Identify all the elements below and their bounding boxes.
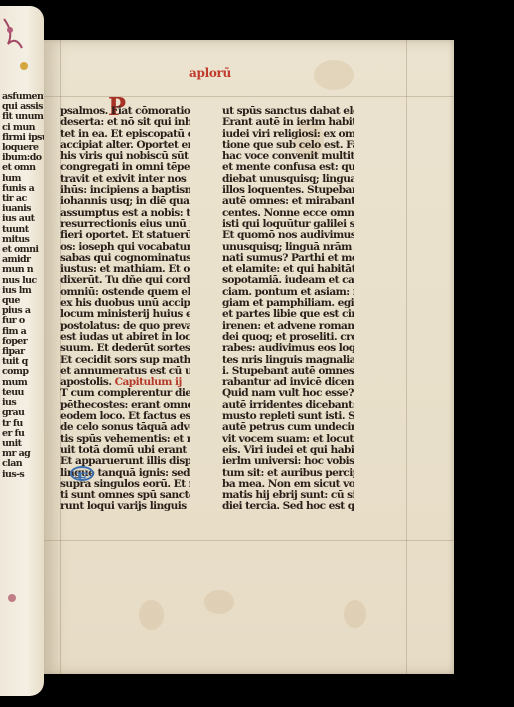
text-column-b: ut spūs sanctus dabat eloqui illis.Erant… xyxy=(222,106,354,513)
text-line: ciam. pontum et asiam: fri xyxy=(222,287,354,298)
text-line: i. Stupebant autē omnes: et mi xyxy=(222,366,354,377)
text-line: et partes libie que est circa c xyxy=(222,309,354,320)
text-line: iohannis usq; in diē qua xyxy=(60,196,190,207)
stain xyxy=(8,594,16,602)
text-line: ti sunt omnes spū sancto: et cepe xyxy=(60,490,190,501)
text-line: ex his duobus unū accipere xyxy=(60,298,190,309)
text-line: ba mea. Non em sicut vos esti xyxy=(222,479,354,490)
text-line: uit totā domū ubi erant sedētes. xyxy=(60,445,190,456)
text-line: de celo sonus tāquā advenien xyxy=(60,422,190,433)
text-line: tuit q xyxy=(2,357,44,367)
text-line: Erant autē in ierlm habitātes xyxy=(222,117,354,128)
text-line: grau xyxy=(2,408,44,418)
text-line: tione que sub celo est. Facta aūt xyxy=(222,140,354,151)
left-page-edge: asfumentisqui assisfit unumci munfirmi i… xyxy=(0,6,44,696)
text-line: fur o xyxy=(2,316,44,326)
text-line: tum sit: et auribus percipite ver xyxy=(222,468,354,479)
text-line: travit et exivit inter nos dns xyxy=(60,174,190,185)
text-line: tir ac xyxy=(2,194,44,204)
text-line: tr fu xyxy=(2,419,44,429)
text-line: loquere xyxy=(2,143,44,153)
text-line: mun n xyxy=(2,265,44,275)
text-line: est iudas ut abiret in locum xyxy=(60,332,190,343)
text-line: nus luc xyxy=(2,276,44,286)
text-line: giam et pamphiliam. egiptū xyxy=(222,298,354,309)
text-line: mr ag xyxy=(2,449,44,459)
text-line: autē petrus cum undecim leva xyxy=(222,422,354,433)
text-line: ius-s xyxy=(2,470,44,480)
text-line: fit unum xyxy=(2,112,44,122)
text-line: vit vocem suam: et locutus ē xyxy=(222,434,354,445)
text-line: tet in ea. Et episcopatū eius xyxy=(60,129,190,140)
text-line: fim a xyxy=(2,327,44,337)
text-line: unusquisq; linguā nrām in q xyxy=(222,242,354,253)
text-line: Et quomō nos audivimus xyxy=(222,230,354,241)
text-line: et omn xyxy=(2,163,44,173)
text-line: et omni xyxy=(2,245,44,255)
text-line: postolatus: de quo prevaricatus xyxy=(60,321,190,332)
text-line: centes. Nonne ecce omnes xyxy=(222,208,354,219)
text-line: ius lm xyxy=(2,286,44,296)
text-line: iustus: et mathiam. Et orātes xyxy=(60,264,190,275)
text-line: ihūs: incipiens a baptismo xyxy=(60,185,190,196)
text-line: resurrectionis eius unū nobiscū xyxy=(60,219,190,230)
text-line: Quid nam vult hoc esse? Alij xyxy=(222,388,354,399)
text-line: os: ioseph qui vocabatur bar xyxy=(60,242,190,253)
text-line: teuu xyxy=(2,388,44,398)
manuscript-page: aplorū P psalmos. Fiat cōmoratio eodeser… xyxy=(44,40,454,674)
text-line: accipiat alter. Oportet ergo e xyxy=(60,140,190,151)
text-line: funis a xyxy=(2,184,44,194)
text-line: sopotamiā. iudeam et capado xyxy=(222,275,354,286)
text-line: hac voce convenit multitudo: xyxy=(222,151,354,162)
text-line: ci mun xyxy=(2,123,44,133)
text-line: iudei viri religiosi: ex omni na xyxy=(222,129,354,140)
text-line: amidr xyxy=(2,255,44,265)
text-line: diei tercia. Sed hoc est quod xyxy=(222,501,354,512)
text-line: nati sumus? Parthi et medi xyxy=(222,253,354,264)
text-line: firmi ipsu xyxy=(2,133,44,143)
text-line: qui assis xyxy=(2,102,44,112)
text-line: ius aut xyxy=(2,214,44,224)
text-line: isti qui loquūtur galilei sūt? xyxy=(222,219,354,230)
text-line: pēthecostes: erant omnes pariter in xyxy=(60,400,190,411)
text-line: fipar xyxy=(2,347,44,357)
text-line: Et cecidit sors sup mathiam: xyxy=(60,355,190,366)
text-line: omniū: ostende quem elegeris xyxy=(60,287,190,298)
text-line: assumptus est a nobis: testē xyxy=(60,208,190,219)
text-line: congregati in omni tēpe quo in xyxy=(60,162,190,173)
text-line: eis. Viri iudei et qui habitatis xyxy=(222,445,354,456)
text-line: ierlm universi: hoc vobis no xyxy=(222,456,354,467)
text-line: ius xyxy=(2,398,44,408)
text-line: tes nris linguis magnalia de xyxy=(222,355,354,366)
text-line: et elamite: et qui habitāt me xyxy=(222,264,354,275)
text-line: clan xyxy=(2,459,44,469)
text-line: et mente confusa est: quoniā au xyxy=(222,162,354,173)
text-line: dei quoq; et proseliti. cretes et a xyxy=(222,332,354,343)
text-line: rabes: audivimus eos loquē xyxy=(222,343,354,354)
text-line: illos loquentes. Stupebant xyxy=(222,185,354,196)
text-line: que xyxy=(2,296,44,306)
text-line: et annumeratus est cū undecim xyxy=(60,366,190,377)
text-line: eodem loco. Et factus est repente xyxy=(60,411,190,422)
text-line: unit xyxy=(2,439,44,449)
text-line: psalmos. Fiat cōmoratio eo xyxy=(60,106,190,117)
text-line: autē omnes: et mirabantur di xyxy=(222,196,354,207)
text-line: tis spūs vehementis: et reple xyxy=(60,434,190,445)
text-line: T cum complerentur dies xyxy=(60,388,190,399)
text-line: ibum:do xyxy=(2,153,44,163)
text-line: autē irridentes dicebant: quia xyxy=(222,400,354,411)
text-line: iuanis xyxy=(2,204,44,214)
text-line: mum xyxy=(2,378,44,388)
text-line: musto repleti sunt isti. Stans xyxy=(222,411,354,422)
text-line: lum xyxy=(2,174,44,184)
text-line: irenen: et advene romani. iu xyxy=(222,321,354,332)
text-line: matis hij ebrij sunt: cū sit hora xyxy=(222,490,354,501)
text-line: fieri oportet. Et statuerūt du xyxy=(60,230,190,241)
text-line: comp xyxy=(2,367,44,377)
text-line: runt loqui varijs linguis p xyxy=(60,501,190,512)
text-line: tuunt xyxy=(2,225,44,235)
text-line: rabantur ad invicē dicentes. xyxy=(222,377,354,388)
text-line: suum. Et dederūt sortes eis. xyxy=(60,343,190,354)
text-line: deserta: et nō sit qui inhabi xyxy=(60,117,190,128)
text-line: foper xyxy=(2,337,44,347)
text-line: er fu xyxy=(2,429,44,439)
left-page-text: asfumentisqui assisfit unumci munfirmi i… xyxy=(2,92,44,480)
text-line: ut spūs sanctus dabat eloqui illis. xyxy=(222,106,354,117)
running-header: aplorū xyxy=(189,66,231,80)
text-line: mitus xyxy=(2,235,44,245)
text-line: diebat unusquisq; lingua sua xyxy=(222,174,354,185)
text-line: dixerūt. Tu dñe qui corda nosti xyxy=(60,275,190,286)
text-line: sabas qui cognominatus est xyxy=(60,253,190,264)
text-line: asfumentis xyxy=(2,92,44,102)
text-line: pius a xyxy=(2,306,44,316)
text-line: apostolis. Capitulum ij xyxy=(60,377,190,388)
floral-decoration-icon xyxy=(2,14,32,74)
text-line: locum ministerij huius et a xyxy=(60,309,190,320)
text-line: his viris qui nobiscū sūt xyxy=(60,151,190,162)
text-column-a: psalmos. Fiat cōmoratio eodeserta: et nō… xyxy=(60,106,190,513)
